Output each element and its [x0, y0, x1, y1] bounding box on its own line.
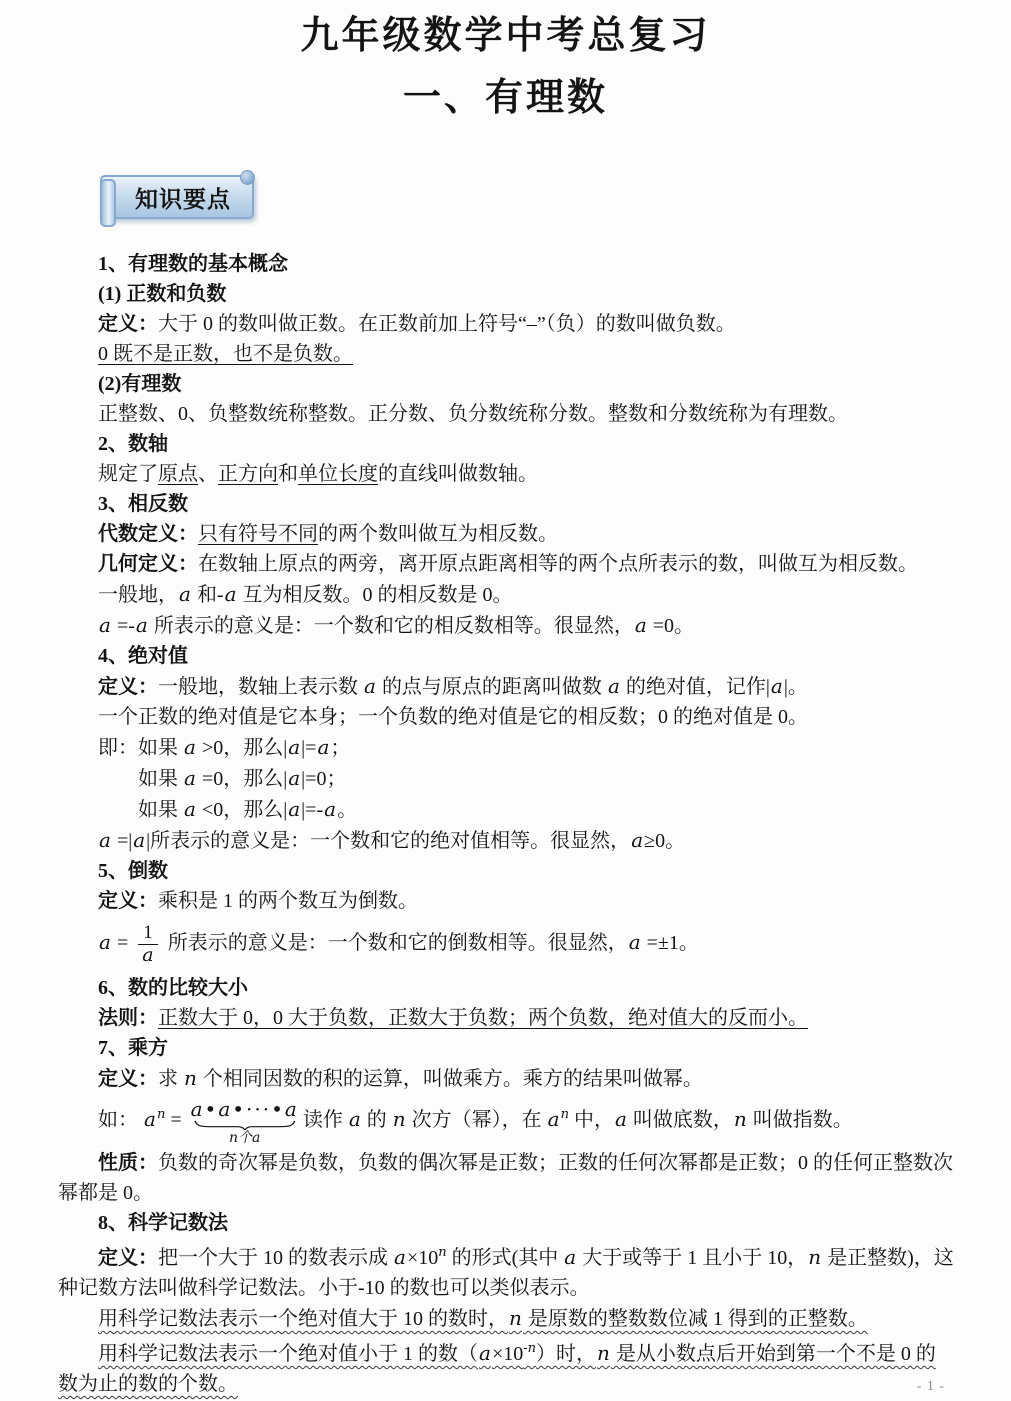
- math-variable: a: [183, 735, 197, 759]
- math-variable: a: [178, 582, 192, 606]
- math-variable: a: [393, 1245, 407, 1269]
- case-negative: 如果 a <0，那么|a|=-a。: [138, 794, 955, 825]
- text-run: 叫做指数。: [748, 1109, 853, 1131]
- text-run: 正整数、0、负整数统称整数。正分数、负分数统称分数。整数和分数统称为有理数。: [98, 403, 848, 425]
- math-variable: a: [630, 828, 644, 852]
- reciprocal-equation-meaning: a = 1a 所表示的意义是：一个数和它的倒数相等。很显然，a =±1。: [98, 923, 955, 966]
- text-run: 即：如果: [98, 737, 183, 759]
- text-run: 原点: [158, 463, 198, 485]
- math-variable: a: [614, 1107, 628, 1131]
- text-run: 所表示的意义是：一个数和它的倒数相等。很显然，: [163, 932, 628, 954]
- text-run: 如：: [98, 1109, 143, 1131]
- fraction: 1a: [138, 923, 158, 966]
- note-zero-neither: 0 既不是正数，也不是负数。: [98, 339, 955, 369]
- text-run: 代数定义：: [98, 523, 198, 545]
- comparison-rule: 法则：正数大于 0，0 大于负数，正数大于负数；两个负数，绝对值大的反而小。: [98, 1003, 955, 1033]
- text-run: 和-: [192, 584, 224, 606]
- math-variable: a: [323, 797, 337, 821]
- text-run: (1) 正数和负数: [98, 283, 226, 305]
- text-run: ×10: [407, 1247, 438, 1269]
- text-run: |=: [301, 737, 316, 759]
- text-run: 正方向: [218, 463, 278, 485]
- rule-small-numbers: 用科学记数法表示一个绝对值小于 1 的数（a×10-n）时，n 是从小数点后开始…: [58, 1334, 955, 1399]
- text-run: |=-: [301, 799, 323, 821]
- text-run: 如果: [138, 799, 183, 821]
- text-run: 负数的奇次幂是负数，负数的偶次幂是正数；正数的任何次幂都是正数；0 的任何正整数…: [58, 1152, 953, 1204]
- math-variable: a: [143, 1107, 157, 1131]
- text-run: 用科学记数法表示一个绝对值大于 10 的数时，: [98, 1308, 508, 1330]
- text-run: 定义：: [98, 313, 158, 335]
- text-run: =0，那么|: [197, 768, 287, 790]
- scroll-curl-icon: [100, 179, 116, 227]
- rule-large-numbers: 用科学记数法表示一个绝对值大于 10 的数时，n 是原数的整数数位减 1 得到的…: [58, 1303, 955, 1334]
- text-run: <0，那么|: [197, 799, 287, 821]
- text-run: 把一个大于 10 的数表示成: [158, 1247, 393, 1269]
- math-variable: a: [224, 582, 238, 606]
- heading-absolute-value: 4、绝对值: [98, 641, 955, 671]
- def-power: 定义：求 n 个相同因数的积的运算，叫做乘方。乘方的结果叫做幂。: [98, 1063, 955, 1094]
- text-run: 单位长度: [298, 463, 378, 485]
- text-run: 是原数的整数数位减 1 得到的正整数。: [523, 1308, 868, 1330]
- text-run: 的点与原点的距离叫做数: [377, 676, 607, 698]
- math-variable: a: [98, 930, 112, 954]
- geometric-definition: 几何定义：在数轴上原点的两旁，离开原点距离相等的两个点所表示的数，叫做互为相反数…: [98, 549, 955, 579]
- math-variable: n: [183, 1066, 198, 1090]
- text-run: ×10: [492, 1343, 523, 1365]
- heading-opposite-number: 3、相反数: [98, 489, 955, 519]
- text-run: =: [165, 1109, 186, 1131]
- text-run: 3、相反数: [98, 493, 188, 515]
- heading-basic-concepts: 1、有理数的基本概念: [98, 249, 955, 279]
- text-run: 正数大于 0，0 大于负数，正数大于负数；两个负数，绝对值大的反而小。: [158, 1007, 808, 1029]
- text-run: ）时，: [536, 1343, 596, 1365]
- text-run: 次方（幂），在: [407, 1109, 547, 1131]
- heading-number-axis: 2、数轴: [98, 429, 955, 459]
- badge-label: 知识要点: [123, 181, 231, 214]
- text-run: =: [112, 932, 133, 954]
- math-variable: n: [438, 1245, 446, 1260]
- text-run: 定义：: [98, 890, 158, 912]
- math-variable: a: [348, 1107, 362, 1131]
- text-run: 和: [278, 463, 298, 485]
- math-variable: a: [478, 1341, 492, 1365]
- text-run: 求: [158, 1068, 183, 1090]
- underbrace-expression: a•a•···•an个a: [191, 1098, 299, 1145]
- math-variable: a: [634, 613, 648, 637]
- math-variable: a: [628, 930, 642, 954]
- text-run: 的: [362, 1109, 392, 1131]
- text-run: 互为相反数。0 的相反数是 0。: [238, 584, 513, 606]
- text-run: 8、科学记数法: [98, 1212, 228, 1234]
- math-variable: a: [287, 797, 301, 821]
- math-variable: a: [183, 797, 197, 821]
- text-run: 一般地，: [98, 584, 178, 606]
- text-run: 定义：: [98, 1068, 158, 1090]
- text-run: 乘积是 1 的两个数互为倒数。: [158, 890, 418, 912]
- case-zero: 如果 a =0，那么|a|=0；: [138, 763, 955, 794]
- math-variable: n: [508, 1306, 523, 1330]
- text-run: ≥0。: [644, 830, 685, 852]
- math-variable: a: [363, 674, 377, 698]
- scroll-knob-icon: [240, 170, 255, 185]
- text-run: 一般地，数轴上表示数: [158, 676, 363, 698]
- text-run: >0，那么|: [197, 737, 287, 759]
- math-variable: a: [316, 735, 330, 759]
- def-rational: 正整数、0、负整数统称整数。正分数、负分数统称分数。整数和分数统称为有理数。: [98, 399, 955, 429]
- text-run: 大于或等于 1 且小于 10，: [577, 1247, 807, 1269]
- text-run: 个相同因数的积的运算，叫做乘方。乘方的结果叫做幂。: [198, 1068, 703, 1090]
- def-reciprocal: 定义：乘积是 1 的两个数互为倒数。: [98, 886, 955, 916]
- math-variable: a: [770, 674, 784, 698]
- text-run: ；: [330, 737, 350, 759]
- document-page: 九年级数学中考总复习 一、有理数 知识要点 1、有理数的基本概念(1) 正数和负…: [0, 0, 1011, 1401]
- text-run: 如果: [138, 768, 183, 790]
- case-positive: 即：如果 a >0，那么|a|=a；: [98, 732, 955, 763]
- text-run: 在数轴上原点的两旁，离开原点距离相等的两个点所表示的数，叫做互为相反数。: [198, 553, 918, 575]
- text-run: =0。: [648, 615, 694, 637]
- math-variable: a: [287, 766, 301, 790]
- text-run: 所表示的意义是：一个数和它的相反数相等。很显然，: [149, 615, 634, 637]
- text-run: 法则：: [98, 1007, 158, 1029]
- text-run: =±1。: [642, 932, 699, 954]
- page-subtitle: 一、有理数: [0, 76, 1011, 122]
- def-absolute-value: 定义：一般地，数轴上表示数 a 的点与原点的距离叫做数 a 的绝对值，记作|a|…: [98, 671, 955, 702]
- text-run: 的形式(其中: [447, 1247, 564, 1269]
- text-run: 2、数轴: [98, 433, 168, 455]
- text-run: |所表示的意义是：一个数和它的绝对值相等。很显然，: [146, 830, 630, 852]
- math-variable: a: [563, 1245, 577, 1269]
- math-variable: n: [561, 1107, 569, 1122]
- text-run: 的绝对值，记作|: [621, 676, 770, 698]
- text-run: 0 既不是正数，也不是负数。: [98, 343, 353, 365]
- math-variable: a: [135, 613, 149, 637]
- math-variable: a: [607, 674, 621, 698]
- text-run: 的两个数叫做互为相反数。: [318, 523, 558, 545]
- math-variable: a: [287, 735, 301, 759]
- absolute-value-cases: 一个正数的绝对值是它本身；一个负数的绝对值是它的相反数；0 的绝对值是 0。: [98, 702, 955, 732]
- text-run: 6、数的比较大小: [98, 977, 248, 999]
- math-variable: a: [98, 828, 112, 852]
- power-formula: 如： an = a•a•···•an个a读作 a 的 n 次方（幂），在 an …: [98, 1098, 955, 1145]
- text-run: 性质：: [98, 1152, 158, 1174]
- heading-comparison: 6、数的比较大小: [98, 973, 955, 1003]
- text-run: 、: [198, 463, 218, 485]
- text-run: 读作: [303, 1109, 348, 1131]
- text-run: 的直线叫做数轴。: [378, 463, 538, 485]
- math-variable: n: [733, 1107, 748, 1131]
- knowledge-points-badge: 知识要点: [100, 175, 254, 219]
- math-variable: n: [596, 1341, 611, 1365]
- text-run: =|: [112, 830, 132, 852]
- text-run: 。: [337, 799, 357, 821]
- opposite-general-note: 一般地，a 和-a 互为相反数。0 的相反数是 0。: [98, 579, 955, 610]
- absolute-equation-meaning: a =|a|所表示的意义是：一个数和它的绝对值相等。很显然，a≥0。: [98, 825, 955, 856]
- document-body: 1、有理数的基本概念(1) 正数和负数定义：大于 0 的数叫做正数。在正数前加上…: [0, 249, 955, 1399]
- underbrace-icon: [194, 1120, 296, 1130]
- def-number-axis: 规定了原点、正方向和单位长度的直线叫做数轴。: [98, 459, 955, 489]
- math-variable: n: [807, 1245, 822, 1269]
- text-run: 4、绝对值: [98, 645, 188, 667]
- math-variable: n: [392, 1107, 407, 1131]
- text-run: 只有符号不同: [198, 523, 318, 545]
- heading-power: 7、乘方: [98, 1033, 955, 1063]
- text-run: 定义：: [98, 676, 158, 698]
- text-run: 几何定义：: [98, 553, 198, 575]
- text-run: |。: [784, 676, 808, 698]
- def-positive-negative: 定义：大于 0 的数叫做正数。在正数前加上符号“–”（负）的数叫做负数。: [98, 309, 955, 339]
- text-run: 大于 0 的数叫做正数。在正数前加上符号“–”（负）的数叫做负数。: [158, 313, 736, 335]
- math-variable: a: [132, 828, 146, 852]
- text-run: 7、乘方: [98, 1037, 168, 1059]
- text-run: 叫做底数，: [628, 1109, 733, 1131]
- def-scientific-notation: 定义：把一个大于 10 的数表示成 a×10n 的形式(其中 a 大于或等于 1…: [58, 1238, 955, 1303]
- text-run: =-: [112, 615, 135, 637]
- math-variable: a: [547, 1107, 561, 1131]
- text-run: 用科学记数法表示一个绝对值小于 1 的数（: [98, 1343, 478, 1365]
- page-title: 九年级数学中考总复习: [0, 14, 1011, 60]
- algebraic-definition: 代数定义：只有符号不同的两个数叫做互为相反数。: [98, 519, 955, 549]
- heading-scientific-notation: 8、科学记数法: [98, 1208, 955, 1238]
- power-properties: 性质：负数的奇次幂是负数，负数的偶次幂是正数；正数的任何次幂都是正数；0 的任何…: [58, 1148, 955, 1208]
- subheading-rational: (2)有理数: [98, 369, 955, 399]
- subheading-positive-negative: (1) 正数和负数: [98, 279, 955, 309]
- text-run: 5、倒数: [98, 860, 168, 882]
- text-run: 中，: [569, 1109, 614, 1131]
- heading-reciprocal: 5、倒数: [98, 856, 955, 886]
- text-run: 定义：: [98, 1247, 158, 1269]
- text-run: 一个正数的绝对值是它本身；一个负数的绝对值是它的相反数；0 的绝对值是 0。: [98, 706, 808, 728]
- text-run: 1、有理数的基本概念: [98, 253, 288, 275]
- text-run: 规定了: [98, 463, 158, 485]
- math-variable: -n: [523, 1341, 536, 1356]
- text-run: (2)有理数: [98, 373, 181, 395]
- opposite-equation-meaning: a =-a 所表示的意义是：一个数和它的相反数相等。很显然，a =0。: [98, 610, 955, 641]
- math-variable: a: [183, 766, 197, 790]
- text-run: |=0；: [301, 768, 346, 790]
- math-variable: a: [98, 613, 112, 637]
- page-number: - 1 -: [917, 1379, 945, 1395]
